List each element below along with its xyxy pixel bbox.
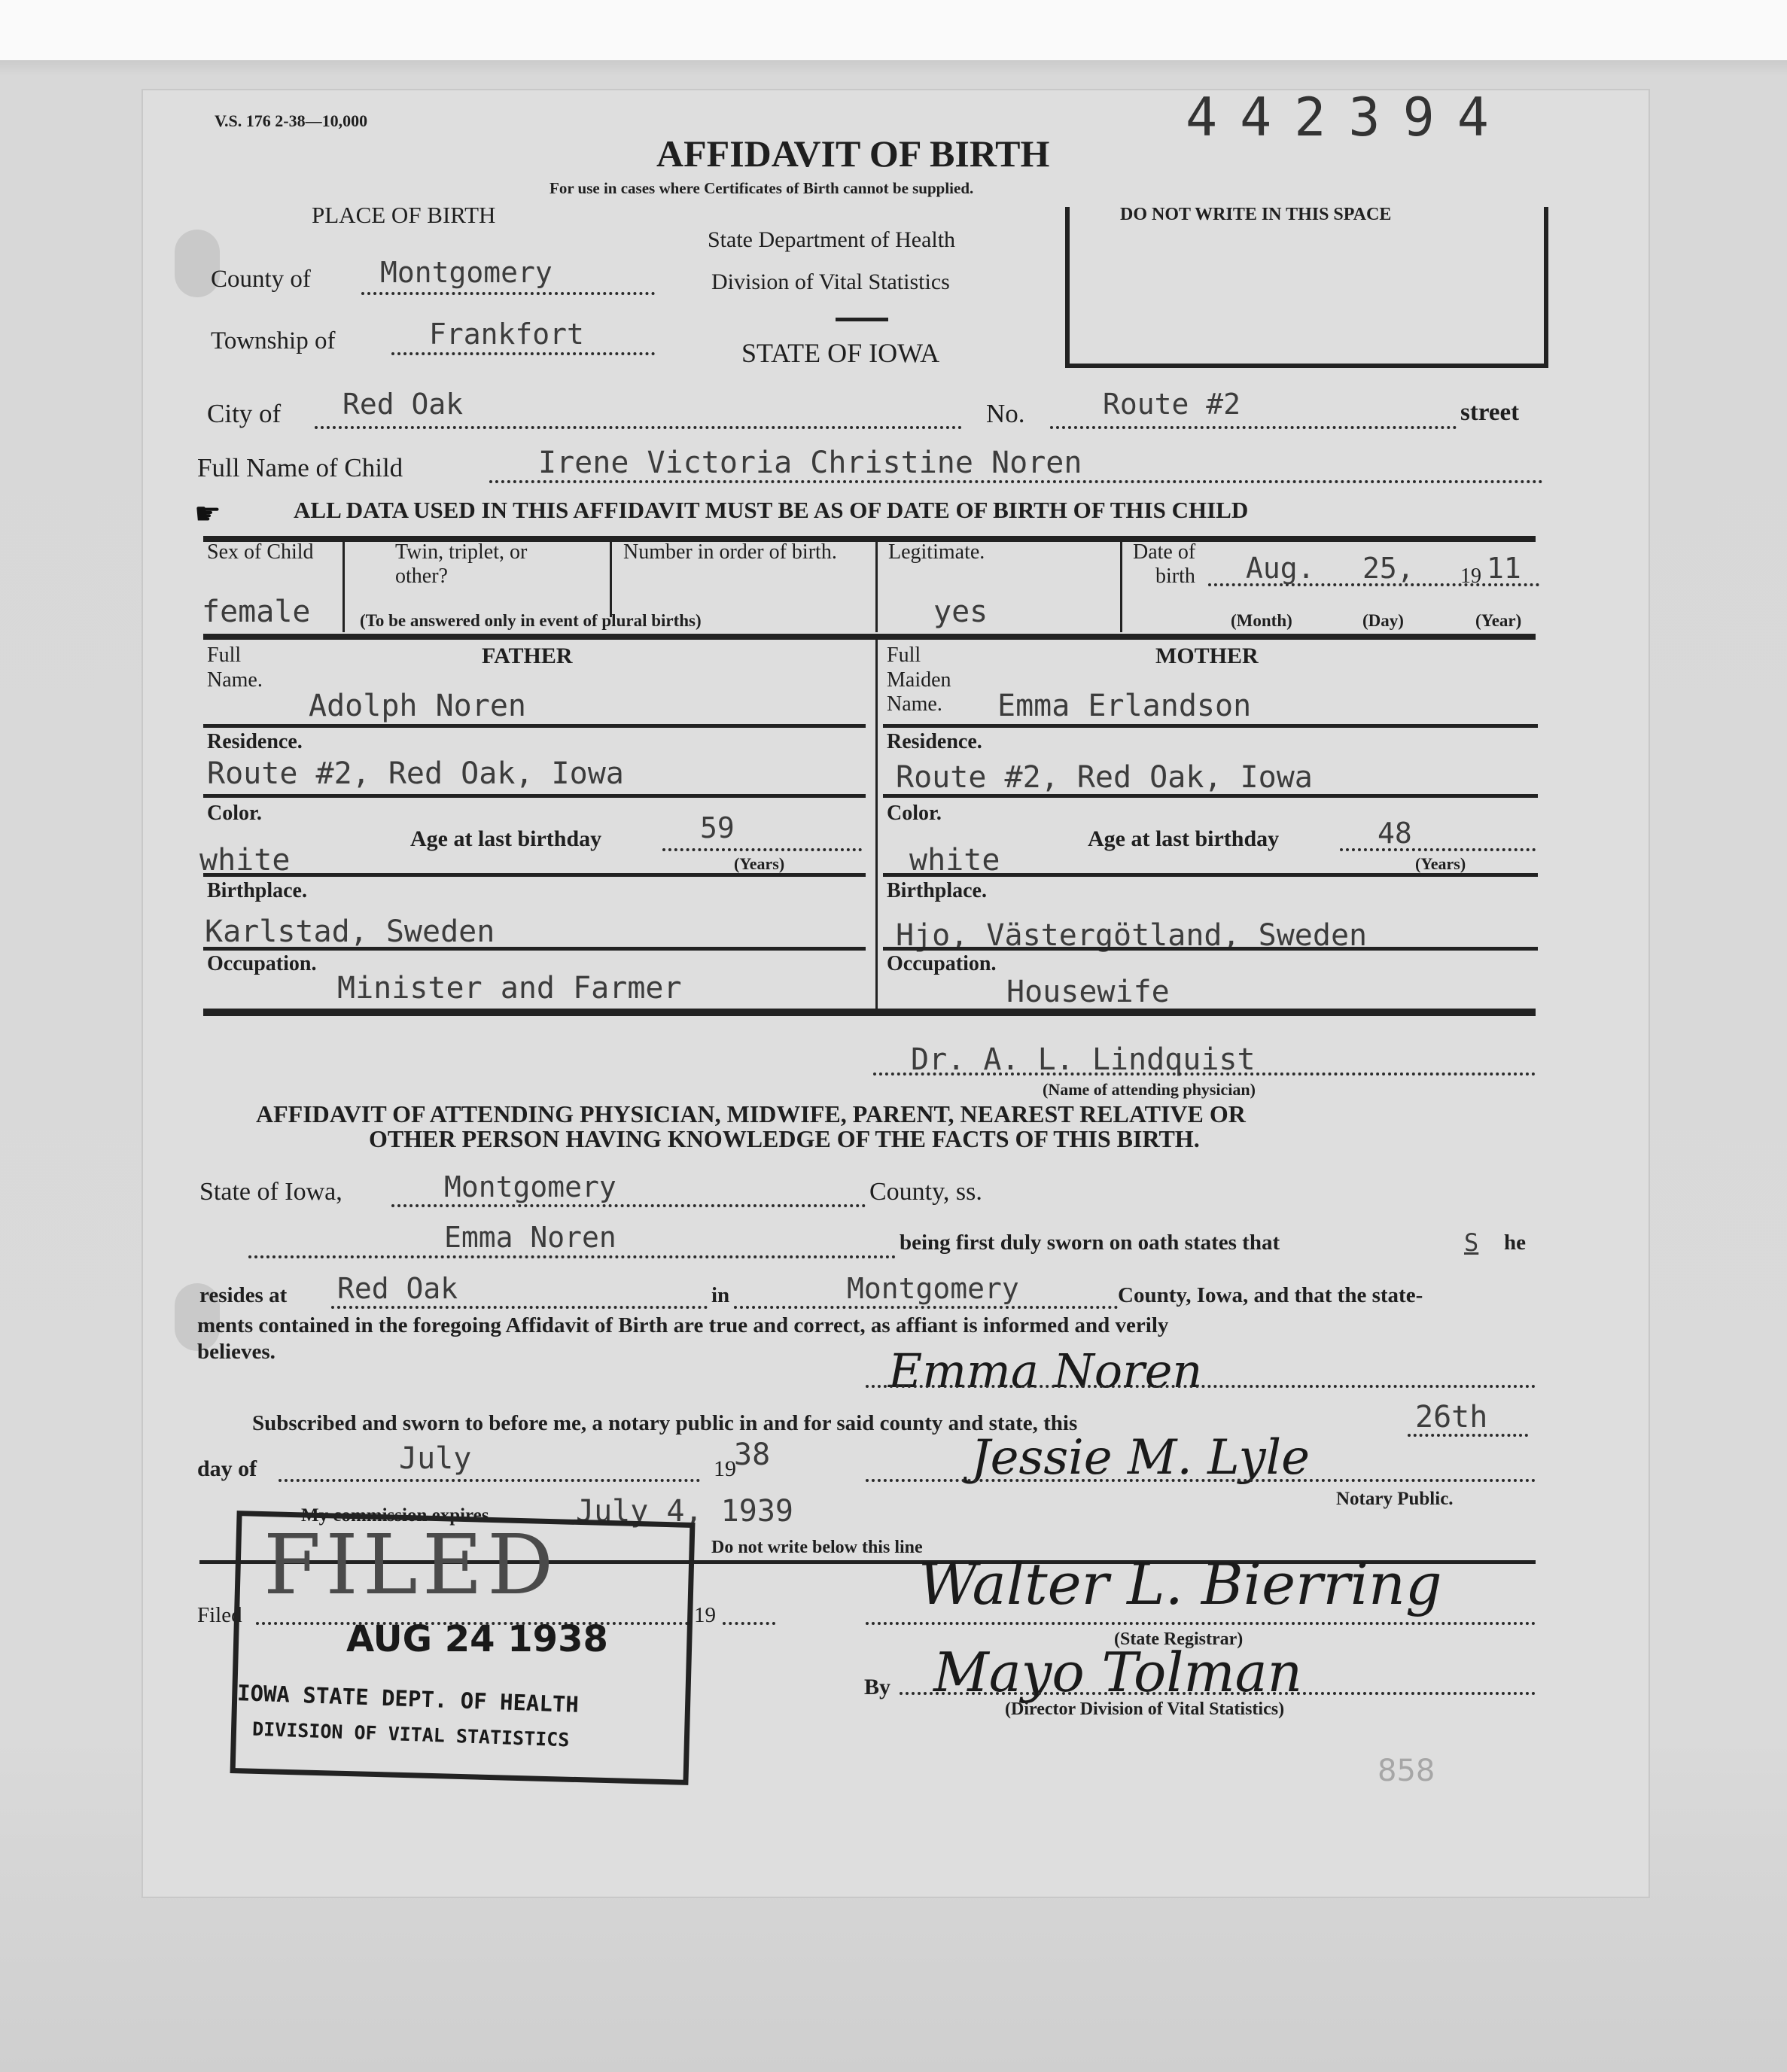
year-label: (Year) [1475,611,1521,631]
corner-mark: 858 [1378,1754,1435,1788]
city-field[interactable]: Red Oak [342,388,463,421]
statement-line-3: believes. [197,1340,276,1365]
pronoun-suffix: he [1504,1231,1526,1255]
father-residence-label: Residence. [207,730,303,754]
father-age-field[interactable]: 59 [700,811,735,844]
mother-age-field[interactable]: 48 [1378,817,1412,850]
city-line [315,426,962,429]
filed-stamp-date: AUG 24 1938 [346,1618,608,1660]
pronoun-field[interactable]: S [1464,1228,1478,1257]
serial-number: 442394 [1186,87,1511,148]
affiant-line [248,1255,896,1258]
parents-divider [875,640,878,1009]
in-label: in [711,1283,729,1308]
mother-residence-label: Residence. [887,730,982,754]
resides-field[interactable]: Red Oak [337,1272,458,1305]
mother-heading: MOTHER [1155,644,1259,669]
mother-age-label: Age at last birthday [1088,826,1279,852]
township-field[interactable]: Frankfort [429,318,584,351]
divider [836,318,888,321]
resides-county-field[interactable]: Montgomery [847,1272,1019,1305]
registrar-line [866,1622,1536,1625]
mother-name-field[interactable]: Emma Erlandson [997,689,1251,723]
child-name-label: Full Name of Child [197,453,403,483]
filed-year-prefix: 19 [694,1603,716,1628]
affiant-signature: Emma Noren [888,1343,1202,1398]
father-occupation-field[interactable]: Minister and Farmer [337,971,682,1006]
notice-text: ALL DATA USED IN THIS AFFIDAVIT MUST BE … [294,497,1248,524]
child-name-line [489,480,1543,483]
father-residence-field[interactable]: Route #2, Red Oak, Iowa [207,756,624,791]
mother-name-label-2: Maiden [887,668,951,692]
statement-line-1: County, Iowa, and that the state- [1118,1283,1423,1308]
county-ss-label: County, ss. [869,1178,982,1206]
father-years-label: (Years) [734,854,784,874]
do-not-write-box [1065,207,1548,368]
dob-day-field[interactable]: 25, [1362,552,1414,585]
number-label: No. [986,399,1025,429]
document-subtitle: For use in cases where Certificates of B… [549,179,973,198]
physician-label: (Name of attending physician) [1043,1080,1256,1100]
notary-year-prefix: 19 [714,1456,736,1482]
mother-birthplace-label: Birthplace. [887,879,987,903]
father-age-label: Age at last birthday [410,826,601,852]
field-rule [883,873,1538,877]
resides-label: resides at [199,1283,287,1308]
father-birthplace-label: Birthplace. [207,879,307,903]
street-label: street [1460,399,1519,427]
day-of-label: day of [197,1456,257,1482]
statement-line-2: ments contained in the foregoing Affidav… [197,1313,1168,1338]
father-name-field[interactable]: Adolph Noren [309,689,526,723]
dept-line-1: State Department of Health [708,227,955,253]
director-label: (Director Division of Vital Statistics) [1005,1699,1284,1720]
affiant-signature-line [866,1385,1536,1388]
notary-month-line [279,1479,700,1482]
col-divider [1120,542,1122,632]
subscribed-text: Subscribed and sworn to before me, a not… [252,1411,1077,1436]
col-divider [610,542,612,617]
parents-bottom-rule [203,1009,1536,1016]
father-color-label: Color. [207,802,262,826]
month-label: (Month) [1231,611,1292,631]
father-occupation-label: Occupation. [207,952,316,976]
pointing-hand-icon: ☛ [194,497,221,531]
table-bottom-rule [203,634,1536,640]
father-heading: FATHER [482,644,573,669]
dob-year-prefix: 19 [1460,564,1481,589]
dob-month-field[interactable]: Aug. [1246,552,1315,585]
county-label: County of [211,266,311,294]
state-heading: STATE OF IOWA [741,337,939,369]
notary-year-field[interactable]: 38 [734,1438,770,1472]
child-name-field[interactable]: Irene Victoria Christine Noren [538,446,1082,480]
legitimate-field[interactable]: yes [933,595,988,629]
county-line [361,292,655,295]
age-line [1340,848,1536,851]
dob-year-field[interactable]: 11 [1487,552,1521,585]
state-of-iowa-label: State of Iowa, [199,1178,342,1206]
mother-residence-field[interactable]: Route #2, Red Oak, Iowa [896,760,1313,795]
township-label: Township of [211,327,335,355]
dob-label-1: Date of [1133,540,1195,564]
document-title: AFFIDAVIT OF BIRTH [656,132,1049,175]
sworn-text: being first duly sworn on oath states th… [900,1231,1280,1255]
place-of-birth-heading: PLACE OF BIRTH [312,202,495,229]
field-rule [203,873,866,877]
field-rule [883,947,1538,951]
col-divider [875,542,878,632]
father-name-label-2: Name. [207,668,263,692]
plural-note: (To be answered only in event of plural … [360,611,702,631]
resides-line [331,1306,708,1309]
number-field[interactable]: Route #2 [1103,388,1241,421]
do-not-write-below-label: Do not write below this line [711,1538,923,1558]
twin-label: Twin, triplet, or other? [395,540,546,589]
physician-line [873,1073,1536,1076]
notary-day-field[interactable]: 26th [1415,1400,1487,1435]
day-label: (Day) [1362,611,1404,631]
notary-public-label: Notary Public. [1336,1489,1454,1510]
do-not-write-label: DO NOT WRITE IN THIS SPACE [1120,205,1391,225]
resides-county-line [734,1306,1118,1309]
mother-occupation-label: Occupation. [887,952,996,976]
number-line [1050,426,1457,429]
affiant-name-field[interactable]: Emma Noren [444,1221,616,1254]
notary-month-field[interactable]: July [399,1441,471,1476]
county-field[interactable]: Montgomery [380,256,553,289]
field-rule [883,794,1538,798]
scanner-top-band [0,0,1787,60]
mother-years-label: (Years) [1415,854,1466,874]
affidavit-heading-1: AFFIDAVIT OF ATTENDING PHYSICIAN, MIDWIF… [256,1100,1246,1128]
by-label: By [864,1675,890,1700]
affidavit-county-field[interactable]: Montgomery [444,1170,616,1203]
father-birthplace-field[interactable]: Karlstad, Sweden [205,914,495,949]
field-rule [203,794,866,798]
dob-label-2: birth [1155,564,1195,589]
filed-stamp-word: FILED [263,1517,558,1613]
father-name-label: Full [207,644,241,668]
city-label: City of [207,399,281,429]
sex-field[interactable]: female [202,595,311,629]
field-rule [203,947,866,951]
mother-name-label: Full [887,644,921,668]
township-line [391,352,655,355]
registrar-signature: Walter L. Bierring [918,1550,1442,1617]
form-code: V.S. 176 2-38—10,000 [215,111,367,131]
col-divider [342,542,345,632]
director-line [900,1692,1536,1695]
affidavit-county-line [391,1204,866,1207]
mother-name-label-3: Name. [887,692,942,717]
mother-color-label: Color. [887,802,942,826]
field-rule [203,724,866,728]
sex-label: Sex of Child [207,540,320,564]
filed-year-line [723,1622,775,1625]
notary-signature: Jessie M. Lyle [971,1430,1310,1486]
dept-line-2: Division of Vital Statistics [711,269,950,295]
age-line [662,848,862,851]
notary-signature-line [866,1479,1536,1482]
mother-occupation-field[interactable]: Housewife [1006,975,1170,1009]
affidavit-heading-2: OTHER PERSON HAVING KNOWLEDGE OF THE FAC… [369,1125,1200,1153]
legitimate-label: Legitimate. [888,540,985,564]
order-label: Number in order of birth. [623,540,849,564]
field-rule [883,724,1538,728]
